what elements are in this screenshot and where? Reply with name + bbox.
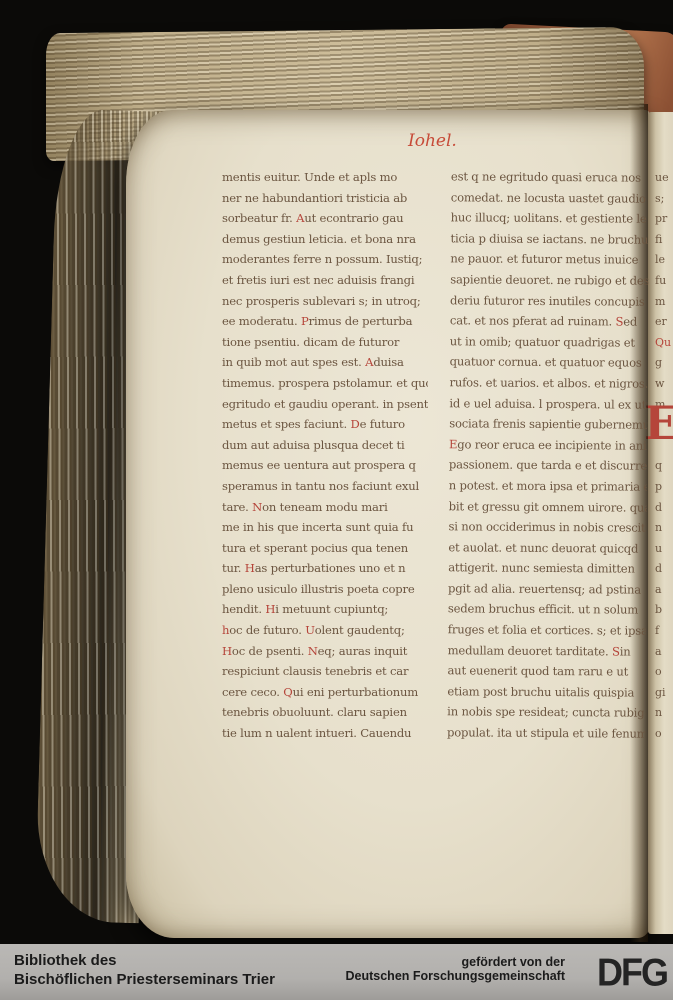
funding-attribution: gefördert von der Deutschen Forschungsge… <box>346 955 566 983</box>
manuscript-line: fruges et folia et cortices. s; et ipsam <box>448 619 646 641</box>
facing-page-text-fragment: q <box>655 456 673 477</box>
manuscript-line: tie lum n ualent intueri. Cauendu <box>222 723 428 744</box>
text-column-right: est q ne egritudo quasi eruca noscomedat… <box>447 166 649 744</box>
facing-page-initial: E <box>644 400 673 446</box>
facing-page-text-fragment: o <box>655 724 673 745</box>
manuscript-line: demus gestiun leticia. et bona nra <box>222 229 428 250</box>
manuscript-line: nec prosperis sublevari s; in utroq; <box>222 291 428 312</box>
manuscript-line: comedat. ne locusta uastet gaudio <box>451 187 649 209</box>
facing-page-text-fragment: le <box>655 250 673 271</box>
facing-page-text-fragment: gi <box>655 683 673 704</box>
facing-page-text-fragment: Qu <box>655 333 673 354</box>
facing-page-text-fragment: er <box>655 312 673 333</box>
manuscript-line: tur. Has perturbationes uno et n <box>222 558 428 579</box>
manuscript-line: tura et sperant pocius qua tenen <box>222 538 428 559</box>
facing-page-text-fragment: g <box>655 353 673 374</box>
photo-backdrop: ues;prfilefumerQugwmqpdnudabfaogino E Io… <box>0 0 673 1000</box>
manuscript-line: etiam post bruchu uitalis quispia <box>447 681 645 703</box>
manuscript-line: egritudo et gaudiu operant. in psenti <box>222 394 428 415</box>
facing-page-text-fragment: n <box>655 703 673 724</box>
manuscript-line: et auolat. et nunc deuorat quicqd <box>448 537 646 559</box>
facing-page-text-fragment: m <box>655 292 673 313</box>
facing-page-text-fragment: s; <box>655 189 673 210</box>
manuscript-line: sociata frenis sapientie gubernemus. <box>449 413 647 435</box>
manuscript-line: ner ne habundantiori tristicia ab <box>222 188 428 209</box>
manuscript-line: tare. Non teneam modu mari <box>222 497 428 518</box>
manuscript-line: si non occiderimus in nobis crescit <box>448 516 646 538</box>
manuscript-line: n potest. et mora ipsa et primaria elu <box>449 475 647 497</box>
facing-page-text-fragment: ue <box>655 168 673 189</box>
facing-page-text-fragment: a <box>655 642 673 663</box>
manuscript-line: est q ne egritudo quasi eruca nos <box>451 166 649 188</box>
manuscript-line: me in his que incerta sunt quia fu <box>222 517 428 538</box>
manuscript-line: respiciunt clausis tenebris et car <box>222 661 428 682</box>
facing-page-sliver: ues;prfilefumerQugwmqpdnudabfaogino E <box>648 112 673 934</box>
facing-page-text-fragment: pr <box>655 209 673 230</box>
facing-page-text-fragment: u <box>655 539 673 560</box>
manuscript-line: moderantes ferre n possum. Iustiq; <box>222 249 428 270</box>
library-line2: Bischöflichen Priesterseminars Trier <box>14 970 275 989</box>
manuscript-line: et fretis iuri est nec aduisis frangi <box>222 270 428 291</box>
manuscript-line: quatuor cornua. et quatuor equos <box>450 352 648 374</box>
manuscript-line: sapientie deuoret. ne rubigo et desi <box>450 269 648 291</box>
manuscript-line: rufos. et uarios. et albos. et nigros. <box>449 372 647 394</box>
facing-page-text-fragment: d <box>655 498 673 519</box>
manuscript-line: id e uel aduisa. l prospera. ul ex utros… <box>449 393 647 415</box>
running-title: Iohel. <box>408 131 457 151</box>
manuscript-line: in quib mot aut spes est. Aduisa <box>222 352 428 373</box>
library-attribution: Bibliothek des Bischöflichen Priestersem… <box>14 951 275 989</box>
manuscript-line: bit et gressu git omnem uirore. qua <box>449 496 647 518</box>
manuscript-line: Ego reor eruca ee incipiente in animo <box>449 434 647 456</box>
manuscript-line: tenebris obuoluunt. claru sapien <box>222 702 428 723</box>
manuscript-line: speramus in tantu nos faciunt exul <box>222 476 428 497</box>
facing-page-text-fragment: fu <box>655 271 673 292</box>
manuscript-line: huc illucq; uolitans. et gestiente le <box>451 208 649 230</box>
facing-page-text-fragment: w <box>655 374 673 395</box>
facing-page-text-fragment: fi <box>655 230 673 251</box>
manuscript-line: Hoc de psenti. Neq; auras inquit <box>222 641 428 662</box>
manuscript-line: hendit. Hi metuunt cupiuntq; <box>222 599 428 620</box>
manuscript-line: timemus. prospera pstolamur. et quod <box>222 373 428 394</box>
manuscript-line: pgit ad alia. reuertensq; ad pstina <box>448 578 646 600</box>
manuscript-line: sorbeatur fr. Aut econtrario gau <box>222 208 428 229</box>
manuscript-line: ut in omib; quatuor quadrigas et <box>450 331 648 353</box>
manuscript-line: deriu futuror res inutiles concupis <box>450 290 648 312</box>
manuscript-line: tione psentiu. dicam de futuror <box>222 332 428 353</box>
manuscript-line: ticia p diuisa se iactans. ne bruchus <box>450 228 648 250</box>
manuscript-line: cere ceco. Qui eni perturbationum <box>222 682 428 703</box>
text-column-left: mentis euitur. Unde et apls moner ne hab… <box>222 167 428 744</box>
manuscript-line: sedem bruchus efficit. ut n solum <box>448 599 646 621</box>
facing-page-text: ues;prfilefumerQugwmqpdnudabfaogino <box>655 168 673 745</box>
manuscript-line: populat. ita ut stipula et uile fenum <box>447 722 645 744</box>
manuscript-line: attigerit. nunc semiesta dimitten <box>448 558 646 580</box>
library-line1: Bibliothek des <box>14 951 275 970</box>
manuscript-line: cat. et nos pferat ad ruinam. Sed <box>450 310 648 332</box>
manuscript-line: passionem. que tarda e et discurrere <box>449 455 647 477</box>
manuscript-line: ne pauor. et futuror metus inuice <box>450 249 648 271</box>
manuscript-line: memus ee uentura aut prospera q <box>222 455 428 476</box>
manuscript-line: hoc de futuro. Uolent gaudentq; <box>222 620 428 641</box>
manuscript-line: medullam deuoret tarditate. Sin <box>448 640 646 662</box>
manuscript-line: pleno usiculo illustris poeta copre <box>222 579 428 600</box>
facing-page-text-fragment: a <box>655 580 673 601</box>
manuscript-line: aut euenerit quod tam raru e ut <box>447 661 645 683</box>
facing-page-text-fragment: f <box>655 621 673 642</box>
facing-page-text-fragment: n <box>655 518 673 539</box>
footer-bar: Bibliothek des Bischöflichen Priestersem… <box>0 944 673 1000</box>
dfg-logo: DFG <box>597 950 667 995</box>
facing-page-text-fragment: o <box>655 662 673 683</box>
manuscript-line: metus et spes faciunt. De futuro <box>222 414 428 435</box>
facing-page-text-fragment: b <box>655 600 673 621</box>
facing-page-text-fragment: d <box>655 559 673 580</box>
manuscript-line: mentis euitur. Unde et apls mo <box>222 167 428 188</box>
manuscript-line: in nobis spe resideat; cuncta rubigo <box>447 702 645 724</box>
funding-line2: Deutschen Forschungsgemeinschaft <box>346 969 566 983</box>
manuscript-line: ee moderatu. Primus de perturba <box>222 311 428 332</box>
funding-line1: gefördert von der <box>346 955 566 969</box>
manuscript-line: dum aut aduisa plusqua decet ti <box>222 435 428 456</box>
facing-page-text-fragment: p <box>655 477 673 498</box>
